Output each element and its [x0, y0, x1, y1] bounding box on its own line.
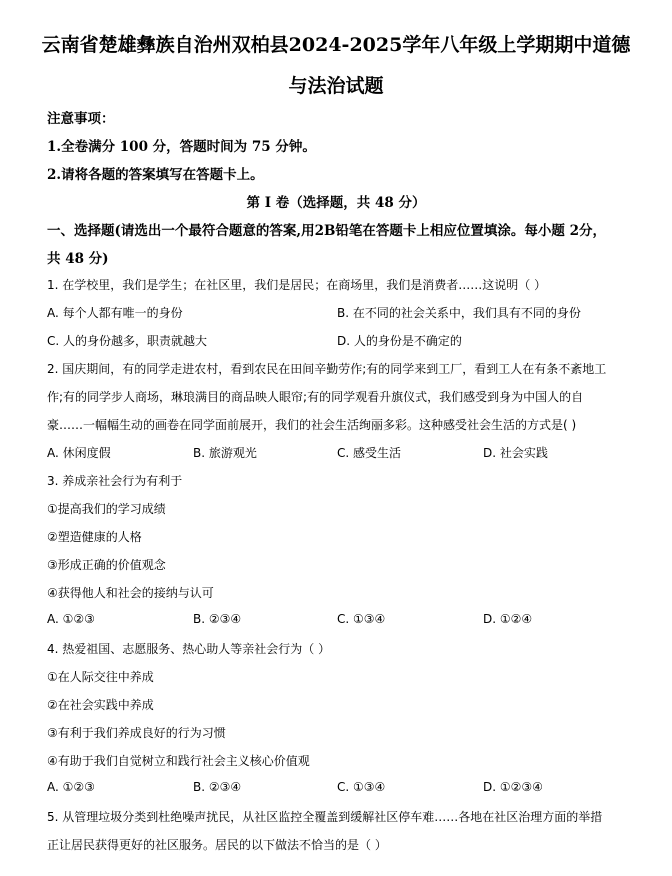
- question-3-stem: 3. 养成亲社会行为有利于: [47, 472, 182, 489]
- question-2-option-c: C. 感受生活: [337, 444, 401, 461]
- question-4-option-b: B. ②③④: [193, 780, 241, 794]
- exam-title-line1: 云南省楚雄彝族自治州双柏县2024-2025学年八年级上学期期中道德: [0, 30, 672, 57]
- question-1-option-d: D. 人的身份是不确定的: [337, 332, 462, 349]
- question-2-stem: 2. 国庆期间，有的同学走进农村，看到农民在田间辛勤劳作;有的同学来到工厂，看到…: [47, 360, 606, 377]
- question-3-option-b: B. ②③④: [193, 612, 241, 626]
- notice-heading: 注意事项：: [47, 107, 115, 127]
- question-4-option-d: D. ①②③④: [483, 780, 543, 794]
- question-2-stem: 作;有的同学步人商场，琳琅满目的商品映人眼帘;有的同学观看升旗仪式，我们感受到身…: [47, 388, 583, 405]
- part-heading-cont: 共 48 分): [47, 247, 109, 267]
- notice-item: 2.请将各题的答案填写在答题卡上。: [47, 163, 264, 183]
- question-4-statement-1: ①在人际交往中养成: [47, 668, 154, 685]
- question-1-option-b: B. 在不同的社会关系中，我们具有不同的身份: [337, 304, 581, 321]
- question-4-statement-4: ④有助于我们自觉树立和践行社会主义核心价值观: [47, 752, 310, 769]
- question-5-stem: 5. 从管理垃圾分类到杜绝噪声扰民，从社区监控全覆盖到缓解社区停车难……各地在社…: [47, 808, 602, 825]
- question-2-option-b: B. 旅游观光: [193, 444, 257, 461]
- question-2-option-d: D. 社会实践: [483, 444, 548, 461]
- question-4-option-a: A. ①②③: [47, 780, 95, 794]
- question-1-option-a: A. 每个人都有唯一的身份: [47, 304, 183, 321]
- question-3-statement-2: ②塑造健康的人格: [47, 528, 142, 545]
- notice-item: 1.全卷满分 100 分，答题时间为 75 分钟。: [47, 135, 316, 155]
- part-heading: 一、选择题(请选出一个最符合题意的答案,用2B铅笔在答题卡上相应位置填涂。每小题…: [47, 219, 606, 239]
- section-title: 第 I 卷（选择题，共 48 分）: [0, 191, 672, 211]
- question-2-option-a: A. 休闲度假: [47, 444, 111, 461]
- question-3-statement-4: ④获得他人和社会的接纳与认可: [47, 584, 214, 601]
- question-3-option-c: C. ①③④: [337, 612, 385, 626]
- question-1-option-c: C. 人的身份越多，职责就越大: [47, 332, 207, 349]
- question-1-stem: 1. 在学校里，我们是学生；在社区里，我们是居民；在商场里，我们是消费者……这说…: [47, 276, 546, 293]
- question-4-stem: 4. 热爱祖国、志愿服务、热心助人等亲社会行为（ ）: [47, 640, 330, 657]
- question-3-option-d: D. ①②④: [483, 612, 532, 626]
- question-3-statement-3: ③形成正确的价值观念: [47, 556, 166, 573]
- question-3-statement-1: ①提高我们的学习成绩: [47, 500, 166, 517]
- question-4-statement-2: ②在社会实践中养成: [47, 696, 154, 713]
- question-4-statement-3: ③有利于我们养成良好的行为习惯: [47, 724, 226, 741]
- question-2-stem: 豪……一幅幅生动的画卷在同学面前展开，我们的社会生活绚丽多彩。这种感受社会生活的…: [47, 416, 576, 433]
- question-3-option-a: A. ①②③: [47, 612, 95, 626]
- question-4-option-c: C. ①③④: [337, 780, 385, 794]
- question-5-stem: 正让居民获得更好的社区服务。居民的以下做法不恰当的是（ ）: [47, 836, 387, 853]
- exam-title-line2: 与法治试题: [0, 71, 672, 98]
- exam-page: 云南省楚雄彝族自治州双柏县2024-2025学年八年级上学期期中道德 与法治试题…: [0, 0, 672, 876]
